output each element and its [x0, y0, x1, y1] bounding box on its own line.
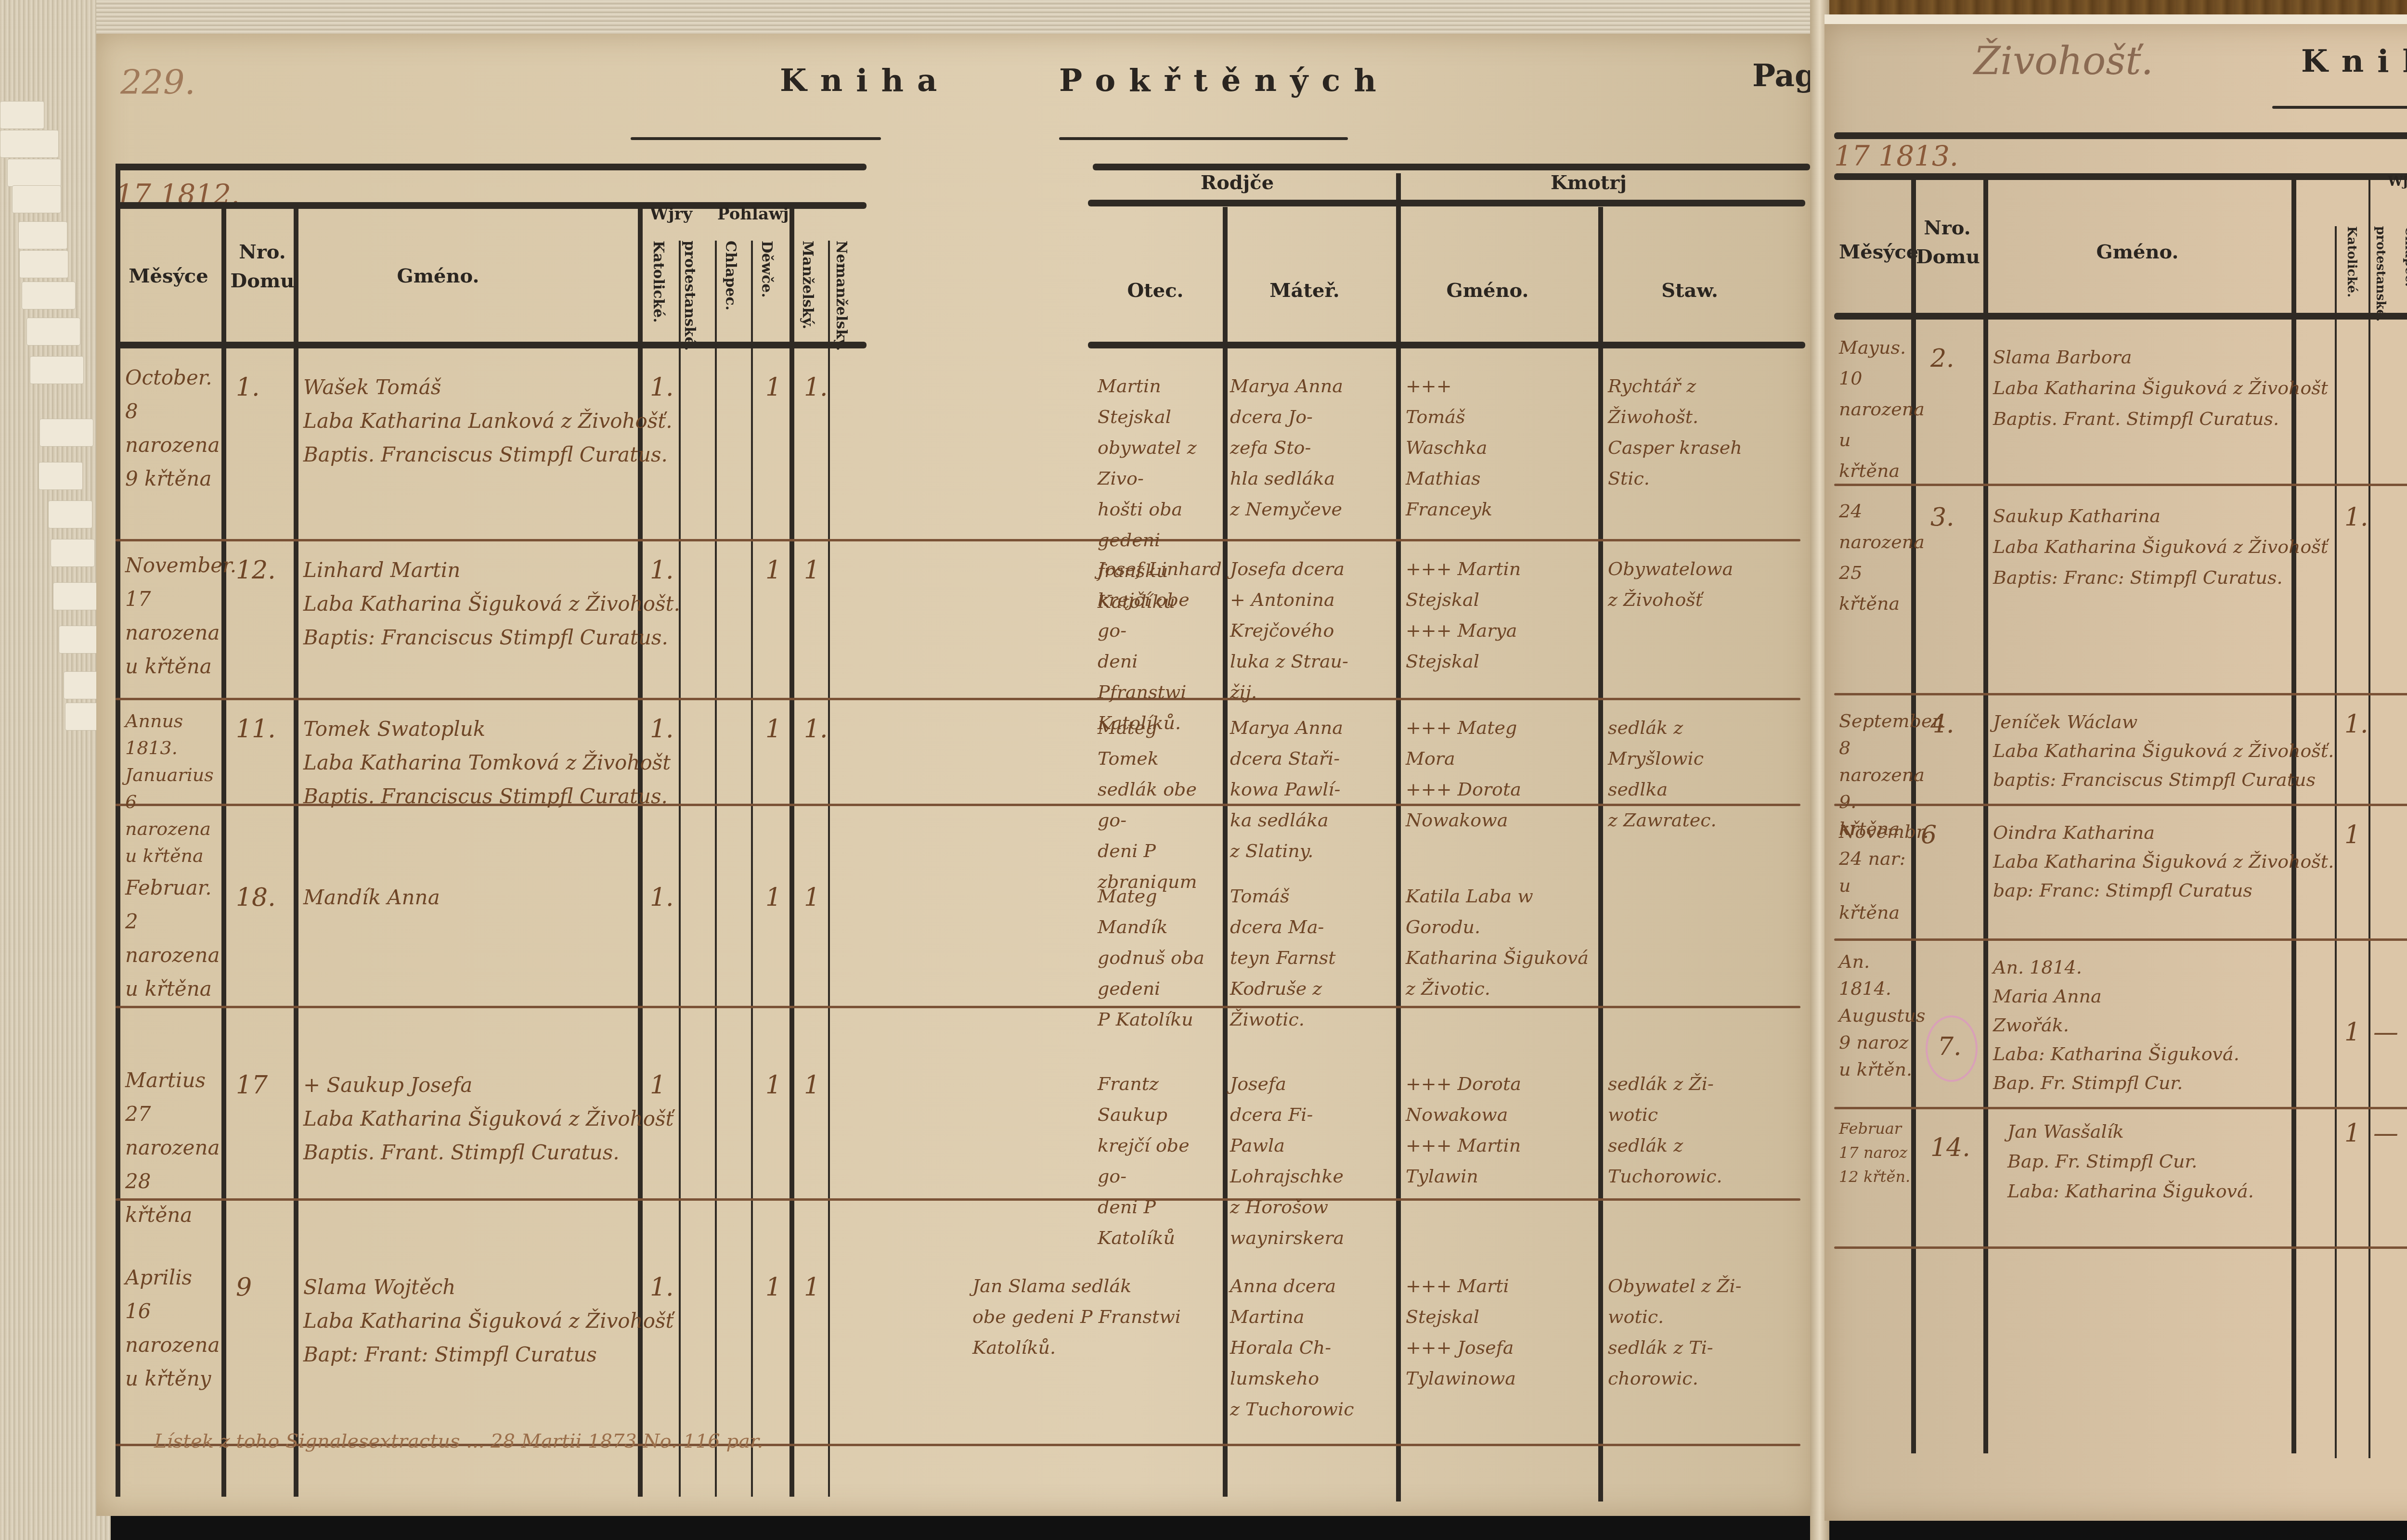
- header-chlapec: Chlapec.: [2402, 226, 2407, 287]
- column-divider: [1223, 207, 1228, 1497]
- entry-name: Saukup Katharina Laba Katharina Šiguková…: [1921, 500, 2407, 593]
- header-misyce: Měsýce: [1839, 241, 1911, 263]
- entry-mark-catholic: 1.: [650, 1270, 674, 1304]
- header-kmotrj: Kmotrj: [1463, 164, 1714, 202]
- index-tab[interactable]: [48, 500, 92, 528]
- entry-mark-legit: 1: [804, 1270, 820, 1304]
- entry-sponsor: +++ Marti Stejskal +++ Josefa Tylawinowa: [1406, 1270, 1593, 1394]
- entry-mother: Marya Anna dcera Staři- kowa Pawlí- ka s…: [1230, 712, 1394, 866]
- book-title-left: Kniha: [780, 63, 950, 99]
- entry-mark-catholic: 1.: [650, 371, 674, 404]
- entry-mark-sex: 1: [765, 1068, 781, 1102]
- column-divider: [1598, 207, 1603, 1501]
- entry-month: Novembr. 24 nar: u křtěna: [1839, 818, 1911, 926]
- header-wiry: Wjry: [2388, 173, 2407, 189]
- entry-sponsor: Katila Laba w Gorodu. Katharina Šiguková…: [1406, 881, 1743, 1004]
- entry-mark-sex: 1: [765, 553, 781, 587]
- entry-name: Jeníček Wáclaw Laba Katharina Šiguková z…: [1921, 707, 2407, 794]
- entry-father: Frantz Saukup krejčí obe go- deni P Kato…: [1098, 1068, 1223, 1253]
- header-domu: Domu: [1916, 245, 1979, 268]
- index-tab[interactable]: [0, 130, 59, 158]
- header-dewce: Děwče.: [758, 241, 775, 298]
- entry-mark-sex: 1: [765, 881, 781, 914]
- entry-name: Slama Barbora Laba Katharina Šiguková z …: [1921, 342, 2407, 434]
- header-rule: [1834, 173, 2407, 180]
- entry-month: Mayus. 10 narozena u křtěna: [1839, 332, 1911, 486]
- entry-month: November. 17 narozena u křtěna: [125, 549, 221, 683]
- entry-month: Februar. 2 narozena u křtěna: [125, 871, 221, 1006]
- entry-sponsor: +++ Martin Stejskal +++ Marya Stejskal: [1406, 553, 1593, 677]
- entry-mark: —: [2373, 1015, 2398, 1049]
- entry-house-no: 18.: [236, 881, 276, 914]
- left-page: Kniha Pokřtěných Pag. 229. 17 1812. Wjry…: [96, 34, 1815, 1516]
- header-nemanzelsky: Nemanželský.: [833, 241, 850, 351]
- header-rule-bottom: [116, 342, 867, 348]
- entry-mark-catholic: 1.: [2344, 707, 2368, 741]
- entry-sponsor: +++ Mateg Mora +++ Dorota Nowakowa: [1406, 712, 1593, 835]
- entry-month: Februar 17 naroz 12 křtěn.: [1839, 1116, 1911, 1189]
- page-number: 229.: [120, 63, 195, 102]
- entry-name: Mandík Anna: [303, 881, 842, 914]
- entry-name: Oindra Katharina Laba Katharina Šiguková…: [1921, 818, 2407, 905]
- entry-mark: 1: [2344, 1015, 2360, 1049]
- index-tab[interactable]: [19, 250, 68, 278]
- entry-mark-legit: 1: [804, 553, 820, 587]
- index-tab[interactable]: [51, 539, 95, 567]
- entry-name: Slama Wojtěch Laba Katharina Šiguková z …: [303, 1270, 842, 1372]
- index-tab[interactable]: [53, 582, 97, 610]
- entry-mark-legit: 1.: [804, 712, 828, 746]
- row-separator: [116, 698, 1800, 700]
- header-rule-bottom: [1834, 313, 2407, 320]
- entry-month: Aprilis 16 narozena u křtěny: [125, 1261, 221, 1396]
- entry-month: 24 narozena 25 křtěna: [1839, 496, 1911, 619]
- entry-sponsor: +++ Tomáš Waschka Mathias Franceyk: [1406, 371, 1593, 525]
- index-tab[interactable]: [0, 101, 44, 129]
- entry-sponsor: +++ Dorota Nowakowa +++ Martin Tylawin: [1406, 1068, 1593, 1192]
- row-separator: [1834, 1107, 2407, 1109]
- year-header: 17 1813.: [1834, 140, 1958, 172]
- entry-mark-sex: 1: [765, 712, 781, 746]
- entry-sponsor-status: Obywatelowa z Živohošť: [1608, 553, 1800, 615]
- entry-mark-catholic: 1.: [650, 553, 674, 587]
- header-katolicke: Katolické.: [650, 241, 667, 323]
- header-staw: Staw.: [1589, 279, 1791, 302]
- entry-mark-sex: 1: [765, 371, 781, 404]
- header-katolicke: Katolické.: [2344, 226, 2359, 297]
- entry-month: An. 1814. Augustus 9 naroz u křtěn.: [1839, 948, 1916, 1083]
- entry-month: Annus 1813. Januarius 6 narozena u křtěn…: [125, 707, 221, 869]
- parish-title: Živohošť.: [1974, 38, 2153, 83]
- header-rule-top: [1834, 132, 2407, 139]
- entry-mark-legit: 1: [804, 1068, 820, 1102]
- entry-mother: Josefa dcera Fi- Pawla Lohrajschke z Hor…: [1230, 1068, 1394, 1253]
- column-divider: [1396, 173, 1401, 1501]
- entry-name: Linhard Martin Laba Katharina Šiguková z…: [303, 553, 842, 654]
- index-tab[interactable]: [64, 671, 101, 699]
- column-divider: [1911, 178, 1916, 1453]
- header-jmeno: Gméno.: [1988, 241, 2287, 263]
- entry-house-no: 17: [236, 1068, 268, 1102]
- header-rule-bottom: [1088, 342, 1805, 348]
- entry-month: October. 8 narozena 9 křtěna: [125, 361, 221, 496]
- entry-mother: Anna dcera Martina Horala Ch- lumskeho z…: [1230, 1270, 1394, 1424]
- entry-father: Mateg Tomek sedlák obe go- deni P zbrani…: [1098, 712, 1223, 897]
- entry-mark-legit: 1.: [804, 371, 828, 404]
- header-misyce: Měsýce: [120, 265, 217, 287]
- header-nro: Nro.: [226, 241, 298, 263]
- entry-house-no: 14.: [1930, 1131, 1970, 1165]
- row-separator: [116, 1006, 1800, 1008]
- header-domu: Domu: [226, 269, 298, 292]
- column-divider: [294, 207, 298, 1497]
- row-separator: [1834, 693, 2407, 695]
- header-protestantske: protestanské.: [2373, 226, 2388, 321]
- entry-mark-catholic: 1.: [650, 712, 674, 746]
- header-chlapec: Chlapec.: [722, 241, 739, 310]
- index-tab[interactable]: [18, 221, 67, 249]
- entry-house-no: 9: [236, 1270, 252, 1304]
- header-jmeno: Gméno.: [303, 265, 573, 287]
- row-separator: [116, 539, 1800, 541]
- index-tab[interactable]: [12, 185, 61, 213]
- index-tab[interactable]: [30, 356, 84, 384]
- header-manzelsky: Manželský.: [799, 241, 816, 329]
- header-rodice: Rodjče: [1155, 164, 1319, 202]
- row-separator: [1834, 804, 2407, 806]
- entry-father: Mateg Mandík godnuš oba gedeni P Katolík…: [1098, 881, 1223, 1035]
- entry-sponsor-status: sedlák z Ži- wotic sedlák z Tuchorowic.: [1608, 1068, 1800, 1192]
- entry-sponsor-status: Obywatel z Ži- wotic. sedlák z Ti- choro…: [1608, 1270, 1800, 1394]
- title-rule: [2272, 106, 2407, 109]
- entry-father: Josef Linhard krejčí obe go- deni Pfrans…: [1098, 553, 1223, 738]
- index-tab[interactable]: [26, 318, 80, 346]
- entry-mother: Josefa dcera + Antonina Krejčového luka …: [1230, 553, 1394, 707]
- entry-house-no: 12.: [236, 553, 276, 587]
- column-divider: [221, 207, 226, 1497]
- title-rule: [1059, 137, 1348, 140]
- entry-month: Martius 27 narozena 28 křtěna: [125, 1064, 221, 1232]
- entry-mark: —: [2373, 1116, 2398, 1150]
- entry-father: Jan Slama sedlák obe gedeni P Franstwi K…: [972, 1270, 1223, 1363]
- entry-mother: Tomáš dcera Ma- teyn Farnst Kodruše z Ži…: [1230, 881, 1394, 1035]
- entry-mark-catholic: 1.: [650, 881, 674, 914]
- book-title-right: Pokřtěných: [1059, 63, 1390, 99]
- right-page: Živohošť. Kniha Pokřtěných Pag. 230. 17 …: [1825, 24, 2407, 1521]
- header-otec: Otec.: [1098, 279, 1213, 302]
- row-separator: [1834, 1246, 2407, 1249]
- entry-name: Wašek Tomáš Laba Katharina Lanková z Živ…: [303, 371, 842, 472]
- column-divider: [116, 164, 120, 1497]
- header-protestantske: protestanské.: [681, 241, 698, 351]
- entry-sponsor-status: Rychtář z Žiwohošt. Casper kraseh Stic.: [1608, 371, 1800, 494]
- entry-mark-catholic: 1.: [2344, 500, 2368, 534]
- entry-name: Jan Wasšalík Bap. Fr. Stimpfl Cur. Laba:…: [2007, 1116, 2296, 1206]
- header-wiry: Wjry: [650, 205, 692, 224]
- row-separator: [116, 1198, 1800, 1201]
- row-separator: [1834, 938, 2407, 941]
- entry-name: Tomek Swatopluk Laba Katharina Tomková z…: [303, 712, 842, 813]
- entry-mark-catholic: 1: [2344, 818, 2360, 852]
- header-nro: Nro.: [1916, 217, 1979, 239]
- entry-name: + Saukup Josefa Laba Katharina Šiguková …: [303, 1068, 842, 1169]
- entry-mark-legit: 1: [804, 881, 820, 914]
- index-tab[interactable]: [59, 626, 98, 654]
- index-tab[interactable]: [39, 462, 83, 490]
- entry-sponsor-status: sedlák z Mryšlowic sedlka z Zawratec.: [1608, 712, 1800, 835]
- header-pohlawj: Pohlawj: [717, 205, 789, 224]
- entry-house-no: 11.: [236, 712, 276, 746]
- header-kmotr-jmeno: Gméno.: [1396, 279, 1579, 302]
- entry-mark: 1: [2344, 1116, 2360, 1150]
- entry-name: An. 1814. Maria Anna Zwořák. Laba: Katha…: [1993, 953, 2291, 1097]
- header-rule-top: [116, 164, 867, 170]
- title-rule: [631, 137, 881, 140]
- index-tab[interactable]: [39, 419, 93, 447]
- header-mater: Máteř.: [1228, 279, 1382, 302]
- entry-house-no: 7.: [1938, 1030, 1962, 1064]
- entry-mark-sex: 1: [765, 1270, 781, 1304]
- page-stack-top: [96, 0, 1815, 34]
- row-separator: [1834, 484, 2407, 486]
- entry-house-no: 1.: [236, 371, 260, 404]
- index-tab[interactable]: [7, 159, 61, 187]
- footer-annotation: Lístek z toho Signalesextractus ... 28 M…: [154, 1424, 1261, 1458]
- book-title-left: Kniha: [2301, 43, 2407, 79]
- entry-mother: Marya Anna dcera Jo- zefa Sto- hla sedlá…: [1230, 371, 1394, 525]
- entry-mark-catholic: 1: [650, 1068, 666, 1102]
- index-tab[interactable]: [22, 282, 76, 309]
